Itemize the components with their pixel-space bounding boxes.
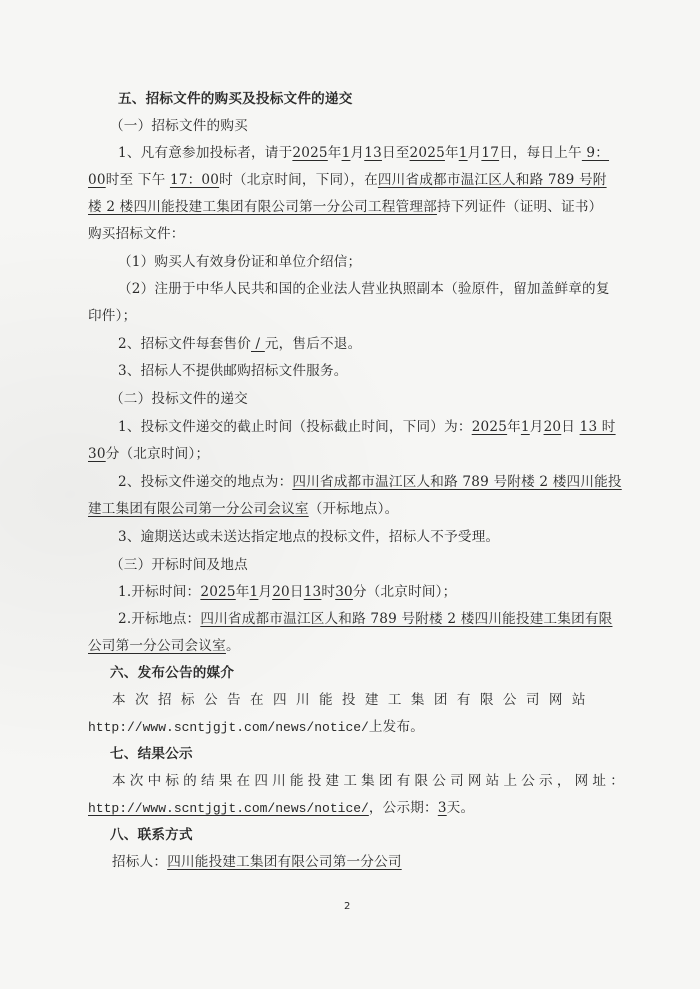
section6-heading: 六、发布公告的媒介 <box>110 664 636 682</box>
opening-time: 1.开标时间：2025年1月20日13时30分（北京时间）； <box>118 583 644 601</box>
document-page: 五、招标文件的购买及投标文件的递交 （一）招标文件的购买 1、凡有意参加投标者，… <box>0 0 700 989</box>
sub2-heading: （二）投标文件的递交 <box>110 390 636 408</box>
submission-place-line2: 建工集团有限公司第一分公司会议室（开标地点）。 <box>88 500 614 518</box>
section7-text-line2: http://www.scntjgjt.com/news/notice/，公示期… <box>88 799 614 818</box>
section8-heading: 八、联系方式 <box>110 826 636 844</box>
required-doc-2-line2: 印件）； <box>88 307 614 325</box>
section7-heading: 七、结果公示 <box>110 745 636 763</box>
purchase-location: 四川省成都市温江区人和路 789 号附 <box>378 172 607 188</box>
opening-place-line1: 2.开标地点：四川省成都市温江区人和路 789 号附楼 2 楼四川能投建工集团有… <box>118 610 644 628</box>
submission-deadline-line2: 30分（北京时间）； <box>88 445 614 463</box>
purchase-item1-line3: 楼 2 楼四川能投建工集团有限公司第一分公司工程管理部持下列证件（证明、证书） <box>88 198 614 216</box>
section6-text-line1: 本次招标公告在四川能投建工集团有限公司网站 <box>112 691 638 709</box>
submission-item3: 3、逾期送达或未送达指定地点的投标文件，招标人不予受理。 <box>118 528 644 546</box>
opening-place-line2: 公司第一分公司会议室。 <box>88 637 614 655</box>
required-doc-2-line1: （2）注册于中华人民共和国的企业法人营业执照副本（验原件，留加盖鲜章的复 <box>118 280 644 298</box>
sub3-heading: （三）开标时间及地点 <box>110 556 636 574</box>
purchase-item1-line2: 00时至 下午 17：00时（北京时间，下同），在四川省成都市温江区人和路 78… <box>88 171 614 189</box>
required-doc-1: （1）购买人有效身份证和单位介绍信； <box>118 253 644 271</box>
submission-place-line1: 2、投标文件递交的地点为：四川省成都市温江区人和路 789 号附楼 2 楼四川能… <box>118 473 644 491</box>
section6-text-line2: http://www.scntjgjt.com/news/notice/上发布。 <box>88 718 614 737</box>
section5-heading: 五、招标文件的购买及投标文件的递交 <box>118 90 644 108</box>
tenderer-line: 招标人：四川能投建工集团有限公司第一分公司 <box>112 853 638 871</box>
result-url[interactable]: http://www.scntjgjt.com/news/notice/ <box>88 801 369 816</box>
purchase-item3: 3、招标人不提供邮购招标文件服务。 <box>118 362 644 380</box>
publication-url[interactable]: http://www.scntjgjt.com/news/notice/ <box>88 720 369 735</box>
submission-deadline-line1: 1、投标文件递交的截止时间（投标截止时间，下同）为：2025年1月20日 13 … <box>118 418 644 436</box>
purchase-item1-line4: 购买招标文件： <box>88 225 614 243</box>
page-number: 2 <box>344 901 350 912</box>
section7-text-line1: 本次中标的结果在四川能投建工集团有限公司网站上公示，网址： <box>112 772 638 790</box>
purchase-item1-line1: 1、凡有意参加投标者，请于2025年1月13日至2025年1月17日，每日上午 … <box>118 144 644 162</box>
tenderer-name: 四川能投建工集团有限公司第一分公司 <box>167 854 402 870</box>
purchase-item2: 2、招标文件每套售价 / 元，售后不退。 <box>118 335 644 353</box>
sub1-heading: （一）招标文件的购买 <box>110 117 636 135</box>
